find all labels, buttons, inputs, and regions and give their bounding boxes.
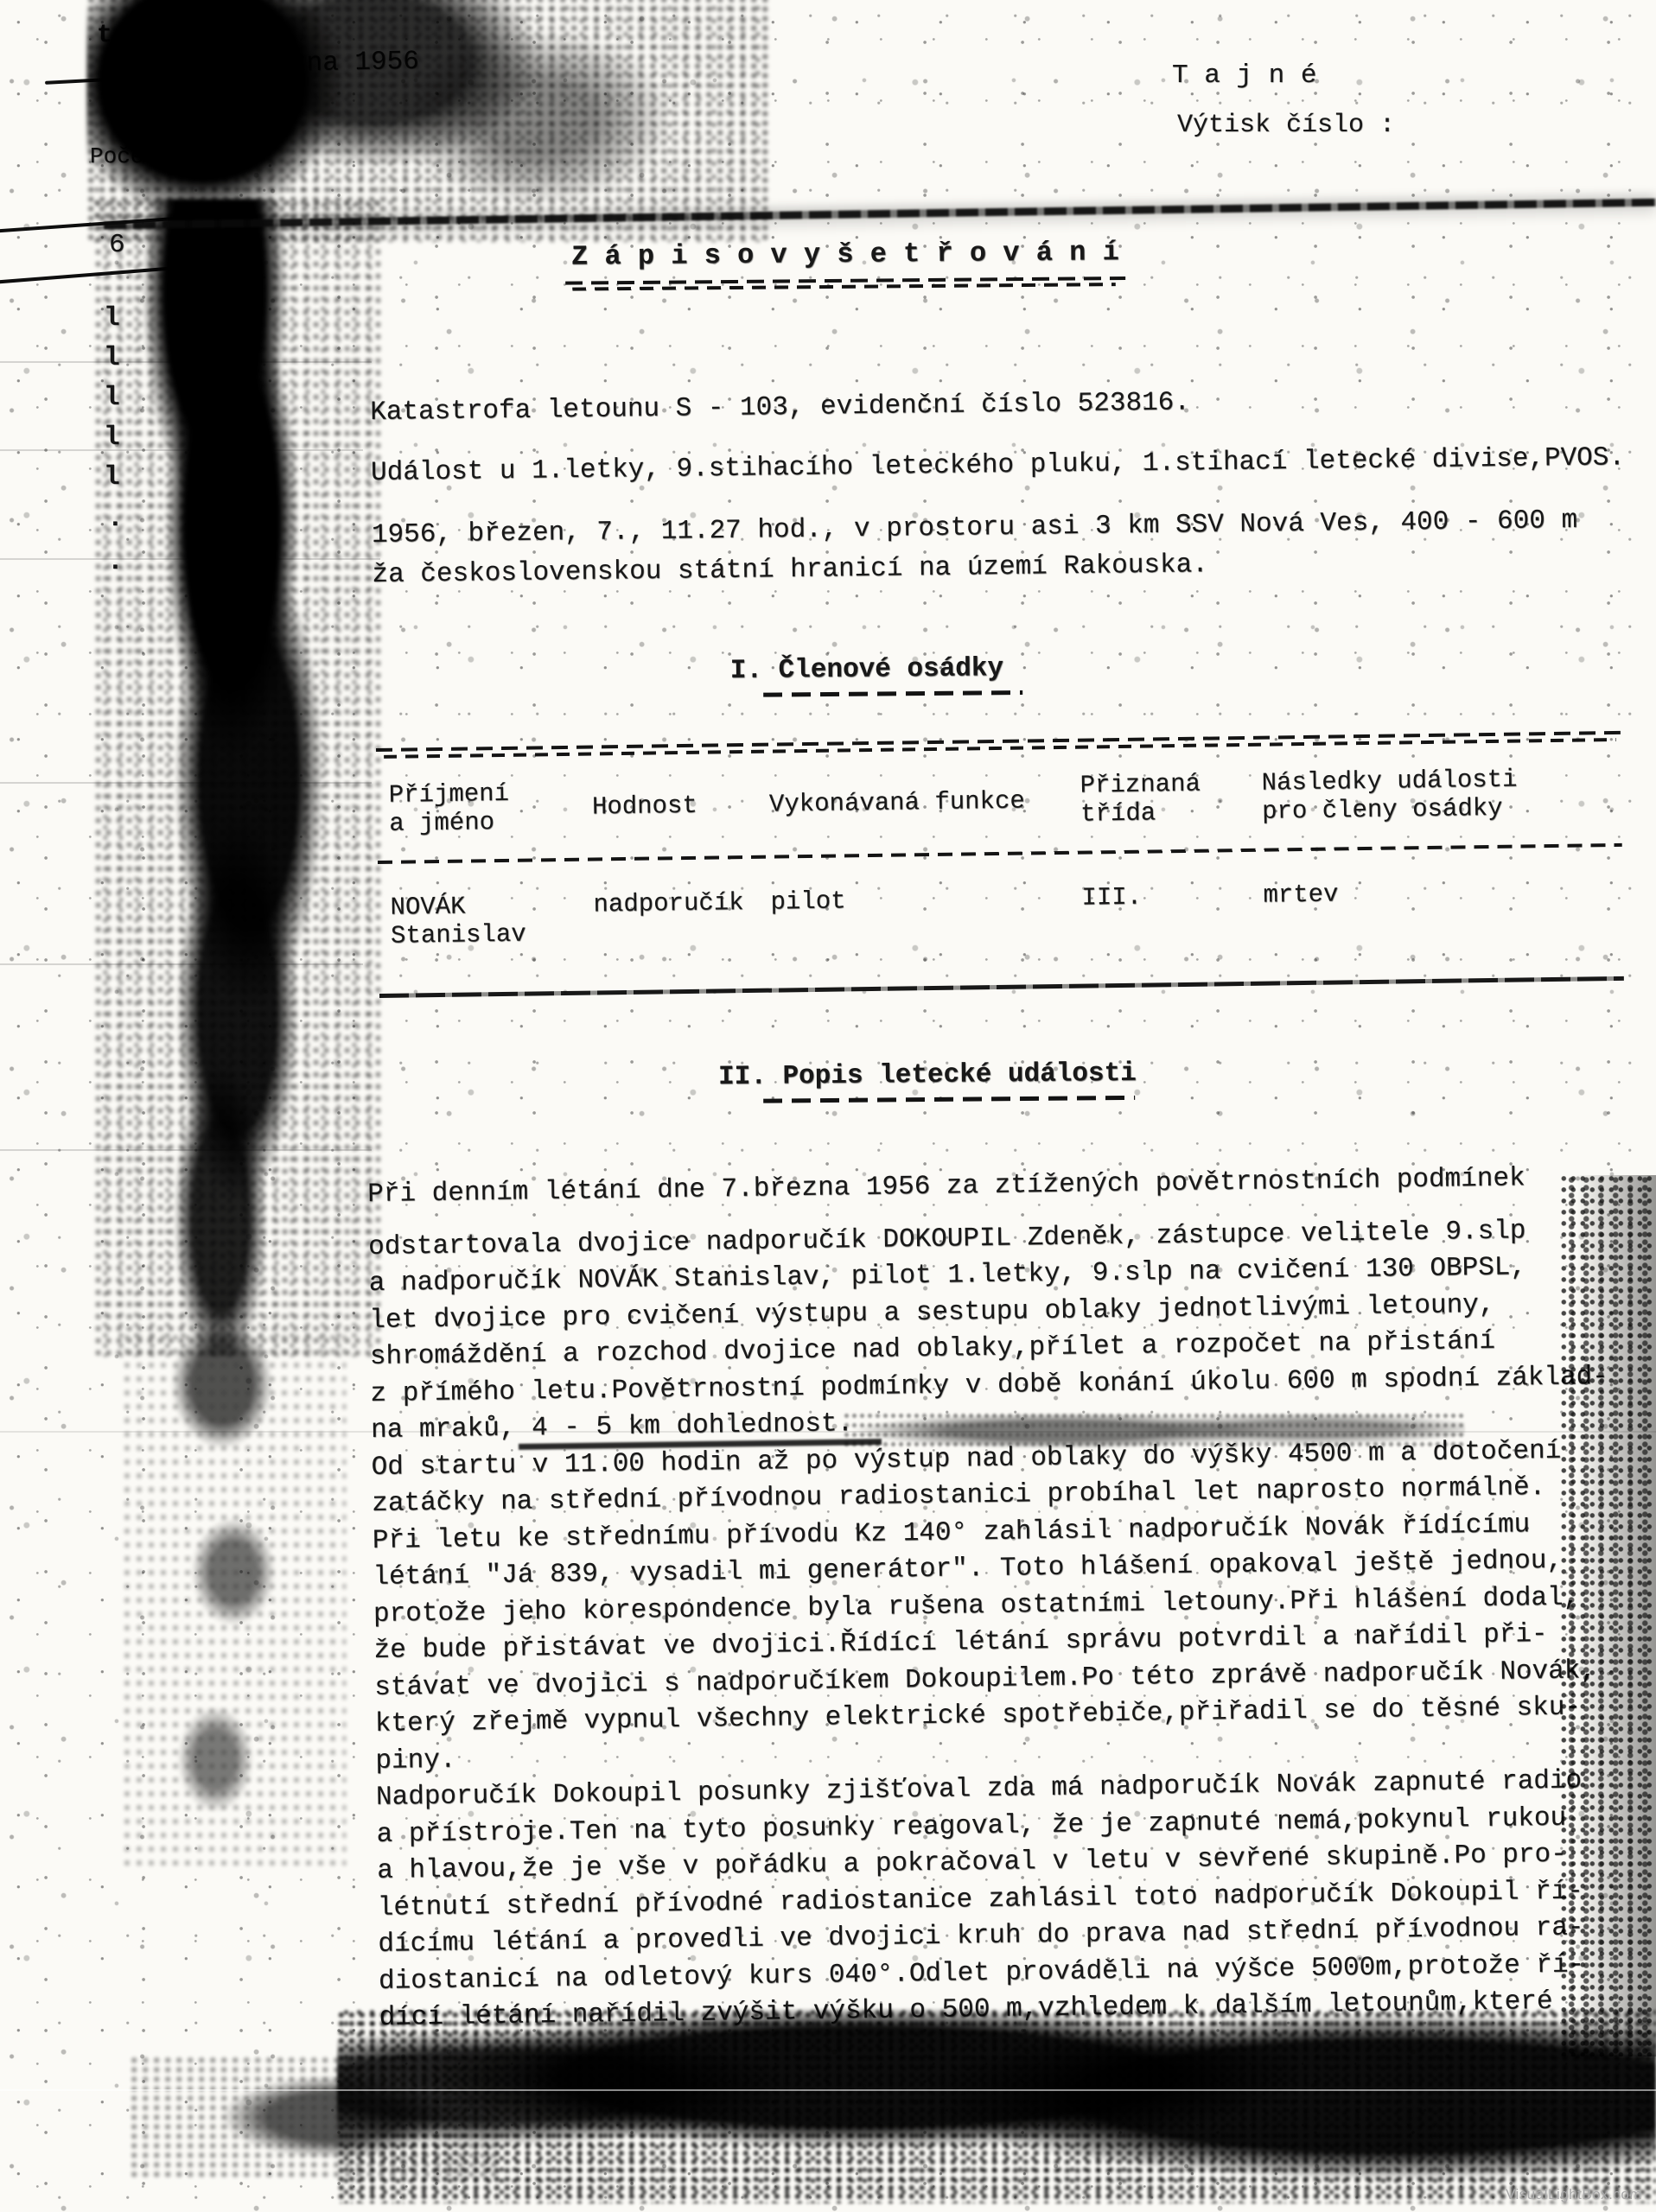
crew-name: NOVÁK Stanislav — [378, 891, 594, 950]
column-header-function: Vykonávaná funkce — [769, 785, 1080, 818]
column-header-name: Příjmení a jméno — [377, 779, 593, 838]
table-row: NOVÁK Stanislav nadporučík pilot III. mr… — [378, 847, 1624, 994]
watermark-text: VisualLightBox.com — [1506, 2186, 1642, 2203]
section1-underline — [763, 690, 1022, 697]
column-header-class: Přiznaná třída — [1080, 769, 1262, 829]
classification-stamp: T a j n é — [1172, 60, 1316, 91]
crew-class: III. — [1081, 881, 1263, 912]
crew-rank: nadporučík — [593, 888, 770, 919]
copy-number-label: Výtisk číslo : — [1177, 111, 1395, 140]
column-header-consequence: Následky události pro členy osádky — [1261, 764, 1621, 826]
intro-line: Katastrofa letounu S - 103, evidenční čí… — [370, 380, 1656, 430]
crew-function: pilot — [770, 884, 1081, 917]
intro-paragraph: Katastrofa letounu S - 103, evidenční čí… — [370, 380, 1656, 593]
crew-consequence: mrtev — [1263, 876, 1622, 910]
intro-line: Událost u 1.letky, 9.stihacího leteckého… — [371, 441, 1656, 491]
bottom-smudge — [337, 2009, 1656, 2203]
body-line: Při denním létání dne 7.března 1956 za z… — [367, 1159, 1656, 1213]
scanline — [0, 2089, 1656, 2091]
ink-blob-left-band — [95, 199, 380, 1357]
ink-blob-left-lower — [121, 1331, 346, 1866]
event-description-paragraph: Při denním létání dne 7.března 1956 za z… — [367, 1159, 1656, 2037]
section2-underline — [763, 1096, 1135, 1103]
column-header-rank: Hodnost — [592, 790, 769, 821]
title-underline — [565, 276, 1125, 292]
crew-table: Příjmení a jméno Hodnost Vykonávaná funk… — [376, 731, 1624, 998]
section2-heading: II. Popis letecké události — [199, 1054, 1656, 1097]
scanned-document-page: terý O Počet 6 l l l l l . . 8.března 19… — [0, 0, 1656, 2212]
bottom-left-smudge — [130, 2056, 501, 2177]
table-header-row: Příjmení a jméno Hodnost Vykonávaná funk… — [376, 741, 1622, 861]
right-edge-smudge — [1561, 1175, 1656, 2056]
mid-page-smear — [843, 1411, 1465, 1451]
